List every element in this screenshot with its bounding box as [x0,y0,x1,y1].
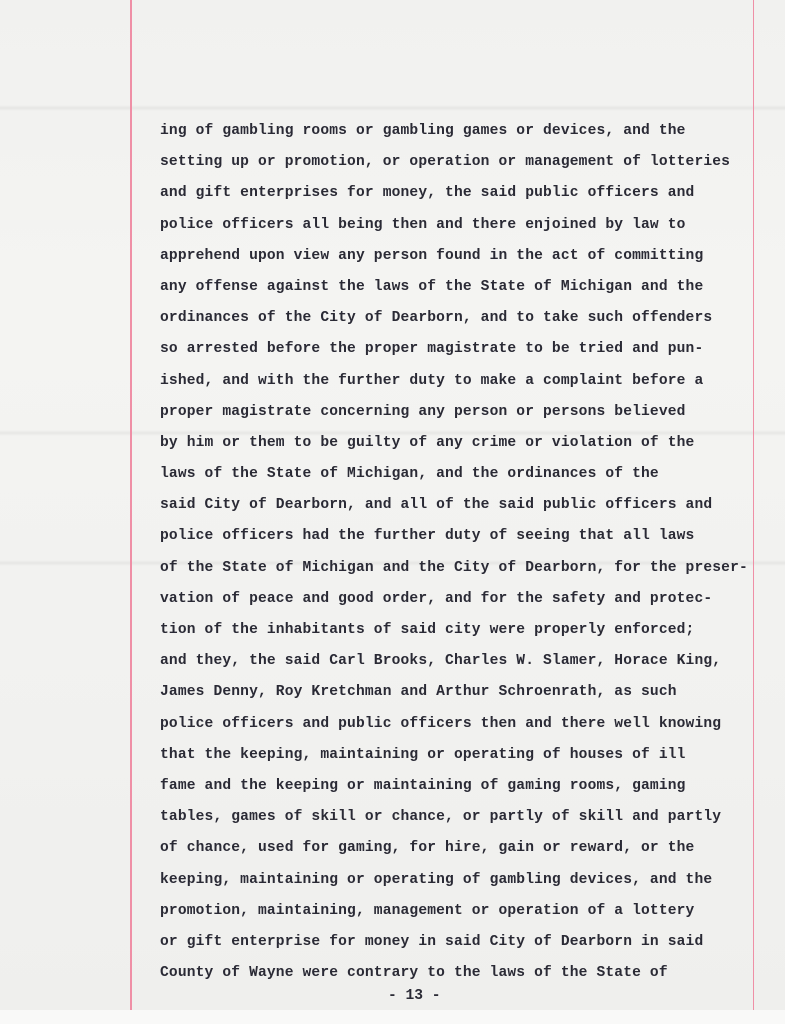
text-line: said City of Dearborn, and all of the sa… [160,490,785,521]
document-body: ing of gambling rooms or gambling games … [160,116,785,989]
text-line: promotion, maintaining, management or op… [160,896,785,927]
text-line: keeping, maintaining or operating of gam… [160,865,785,896]
text-line: police officers had the further duty of … [160,521,785,552]
text-line: police officers all being then and there… [160,210,785,241]
text-line: of the State of Michigan and the City of… [160,553,785,584]
text-line: by him or them to be guilty of any crime… [160,428,785,459]
text-line: proper magistrate concerning any person … [160,397,785,428]
text-line: apprehend upon view any person found in … [160,241,785,272]
left-margin-line [130,0,132,1010]
text-line: James Denny, Roy Kretchman and Arthur Sc… [160,677,785,708]
text-line: so arrested before the proper magistrate… [160,334,785,365]
text-line: and they, the said Carl Brooks, Charles … [160,646,785,677]
text-line: that the keeping, maintaining or operati… [160,740,785,771]
text-line: tables, games of skill or chance, or par… [160,802,785,833]
page-number: - 13 - [388,988,441,1004]
text-line: tion of the inhabitants of said city wer… [160,615,785,646]
text-line: ordinances of the City of Dearborn, and … [160,303,785,334]
text-line: laws of the State of Michigan, and the o… [160,459,785,490]
text-line: of chance, used for gaming, for hire, ga… [160,833,785,864]
text-line: ished, and with the further duty to make… [160,366,785,397]
text-line: or gift enterprise for money in said Cit… [160,927,785,958]
text-line: setting up or promotion, or operation or… [160,147,785,178]
scan-bottom-edge [0,1010,785,1024]
text-line: County of Wayne were contrary to the law… [160,958,785,989]
text-line: vation of peace and good order, and for … [160,584,785,615]
paper-fold [0,105,785,111]
text-line: fame and the keeping or maintaining of g… [160,771,785,802]
text-line: any offense against the laws of the Stat… [160,272,785,303]
typed-page: ing of gambling rooms or gambling games … [0,0,785,1010]
text-line: and gift enterprises for money, the said… [160,178,785,209]
text-line: ing of gambling rooms or gambling games … [160,116,785,147]
text-line: police officers and public officers then… [160,709,785,740]
